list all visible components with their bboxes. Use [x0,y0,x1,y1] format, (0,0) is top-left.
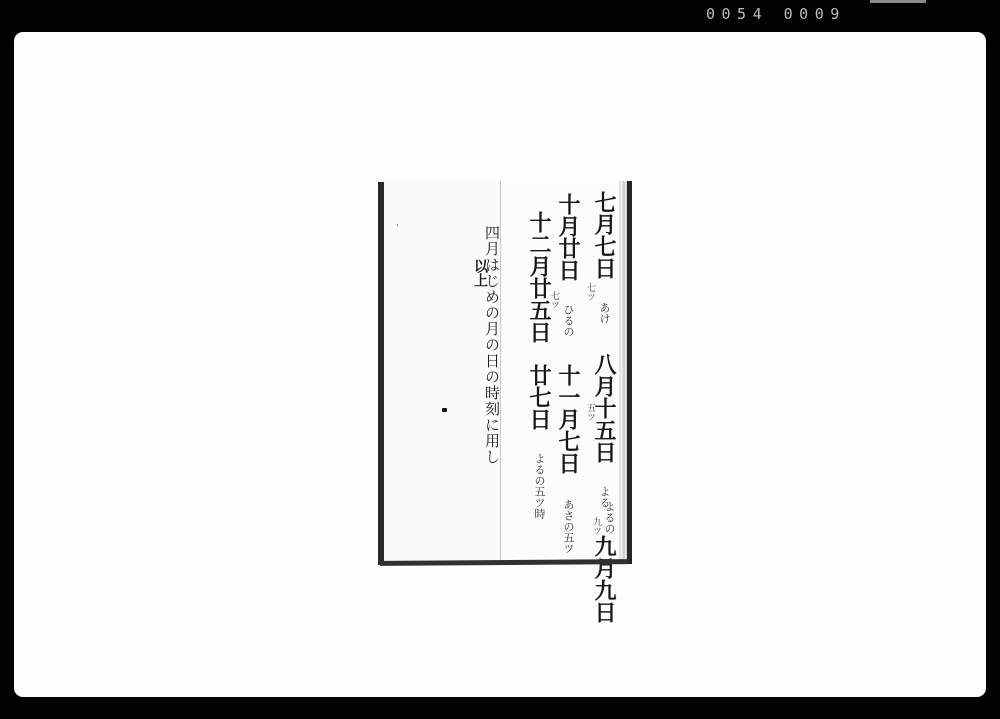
book-cover-right [627,181,632,564]
date-sep-9: 九月九日 [591,535,617,623]
open-book: · 七月七日 あけ 八月十五日 よる 九月九日 七ツ 五ツ よるの 九ツ 十月廿… [378,181,634,567]
time-label-morning: あさの五ツ [562,499,575,554]
right-page: 七月七日 あけ 八月十五日 よる 九月九日 七ツ 五ツ よるの 九ツ 十月廿日 … [501,181,619,560]
time-label-night-2: よるの [604,501,615,534]
time-label-night-5: よるの五ツ時 [533,453,546,519]
date-july-7: 七月七日 [591,191,617,279]
time-label-dawn: あけ [598,302,611,324]
text-column-1: 七月七日 あけ 八月十五日 よる 九月九日 [593,191,615,623]
film-edge-marker [870,0,926,3]
date-dec-25: 十二月廿五日 [526,211,552,343]
date-oct-20: 十月廿日 [555,193,581,281]
ink-mark: · [396,221,399,231]
ink-dot [442,408,447,412]
ruby-kokonotsu: 九ツ [591,517,600,535]
text-column-3: 十二月廿五日 廿七日 よるの五ツ時 [528,211,550,519]
frame-number: 0054 0009 [706,5,846,23]
book-cover-left [378,182,384,565]
ruby-nanatsu: 七ツ [585,283,594,301]
time-label-noon: ひるの [562,304,575,337]
text-column-5: 以上 [473,259,487,287]
date-27: 廿七日 [526,364,552,430]
text-column-2: 十月廿日 ひるの 十一月七日 あさの五ツ [557,193,579,554]
ruby-itsutsu: 五ツ [585,403,594,421]
date-nov-7: 十一月七日 [555,364,581,474]
